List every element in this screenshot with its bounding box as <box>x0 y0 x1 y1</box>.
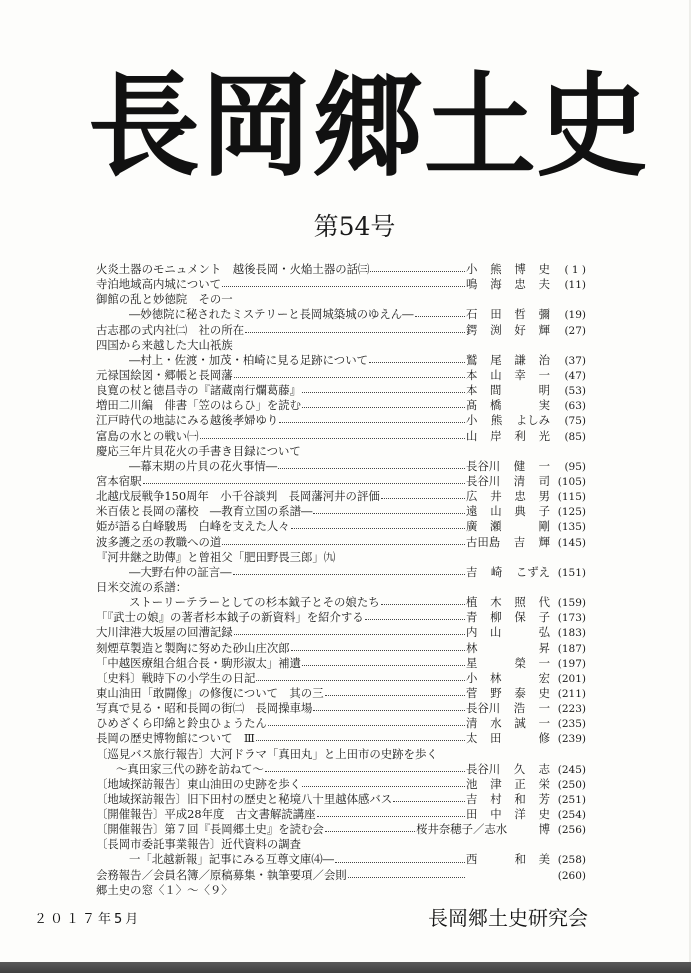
author-char: 西 <box>466 852 477 867</box>
author-char: 石 <box>466 307 477 322</box>
toc-entry-title: 東山油田「敢闘像」の修復について 其の三 <box>96 686 324 701</box>
toc-entry-page: (250) <box>550 778 586 793</box>
toc-entry-title: 〔長岡市委託事業報告〕近代資料の調査 <box>96 837 301 852</box>
author-char: 古田島 <box>466 535 500 550</box>
dot-leader <box>143 483 465 484</box>
author-char: 幸 <box>514 368 525 383</box>
toc-entry-author: 長谷川浩一 <box>466 701 550 716</box>
dot-leader <box>256 740 465 741</box>
dot-leader <box>325 831 415 832</box>
author-char: 子 <box>539 504 550 519</box>
author-char: 野 <box>490 686 501 701</box>
toc-entry-author: 清水誠一 <box>466 716 550 731</box>
toc-entry-title: 一「北越新報」記事にみる互尊文庫⑷― <box>96 852 334 867</box>
author-char: 博 <box>539 822 550 837</box>
dot-leader <box>234 634 465 635</box>
toc-entry-page: (258) <box>550 853 586 868</box>
toc-entry-page: (254) <box>550 808 586 823</box>
author-char: 好 <box>514 323 525 338</box>
toc-entry-page: (187) <box>550 642 586 657</box>
dot-leader <box>268 725 465 726</box>
toc-entry-title: 〔史料〕戦時下の小学生の日記 <box>96 671 255 686</box>
dot-leader <box>381 498 465 499</box>
toc-entry-author: 吉村和芳 <box>466 792 550 807</box>
author-char: 史 <box>539 807 550 822</box>
toc-entry: 火炎土器のモニュメント 越後長岡・火焔土器の話㈢小熊博史( 1 ) <box>96 262 586 277</box>
author-char: 実 <box>539 398 550 413</box>
author-char: 髙 <box>466 398 477 413</box>
toc-entry-author: 鷲尾謙治 <box>466 353 550 368</box>
author-char: 栄 <box>539 777 550 792</box>
author-char: 中 <box>490 807 501 822</box>
author-char: 水 <box>490 716 501 731</box>
dot-leader <box>415 316 465 317</box>
toc-entry-author: 小林宏 <box>466 671 550 686</box>
dot-leader <box>335 862 465 863</box>
author-char: 鳴 <box>466 277 477 292</box>
toc-entry-author: 植木照代 <box>466 595 550 610</box>
author-char: 史 <box>539 262 550 277</box>
toc-entry-author: 菅野泰史 <box>466 686 550 701</box>
author-char: 青 <box>466 610 477 625</box>
author-char: 吉 <box>514 535 525 550</box>
dot-leader <box>256 680 465 681</box>
toc-entry-title: 古志郡の式内社㈡ 社の所在 <box>96 323 244 338</box>
author-char: 男 <box>539 489 550 504</box>
toc-entry-page: (19) <box>550 308 586 323</box>
toc-entry-author: 鳴海忠夫 <box>466 277 550 292</box>
toc-entry: 東山油田「敢闘像」の修復について 其の三菅野泰史(211) <box>96 686 586 701</box>
toc-entry-page: (260) <box>550 869 586 884</box>
author-char <box>514 625 526 640</box>
toc-entry-title: ～真田家三代の跡を訪ねて～ <box>96 762 264 777</box>
toc-entry: 良寛の杖と徳昌寺の『諸蔵南行爛葛藤』本間明(53) <box>96 383 586 398</box>
toc-entry: 四国から来越した大山祇族 <box>96 338 586 353</box>
author-char: 林 <box>466 641 477 656</box>
author-char: 山 <box>490 625 501 640</box>
author-char: 田 <box>490 731 501 746</box>
author-char: 井 <box>490 489 501 504</box>
toc-entry-title: 長岡の歴史博物館について Ⅲ <box>96 731 255 746</box>
author-char: 植 <box>466 595 477 610</box>
author-char: 芳 <box>539 792 550 807</box>
toc-entry-title: 宮本宿駅 <box>96 474 142 489</box>
dot-leader <box>313 710 465 711</box>
toc-entry: 〔史料〕戦時下の小学生の日記小林宏(201) <box>96 671 586 686</box>
dot-leader <box>313 513 465 514</box>
author-char: 田 <box>466 807 477 822</box>
publisher-name: 長岡郷土史研究会 <box>428 902 588 931</box>
toc-entry-author: 青柳保子 <box>466 610 550 625</box>
author-char: 村 <box>490 792 501 807</box>
journal-cover: 長岡郷土史 第54号 火炎土器のモニュメント 越後長岡・火焔土器の話㈢小熊博史(… <box>0 0 691 973</box>
toc-entry-title: 四国から来越した大山祇族 <box>96 338 233 353</box>
toc-entry-page: (85) <box>550 430 586 445</box>
toc-entry-title: 北越戊辰戦争150周年 小千谷談判 長岡藩河井の評価 <box>96 489 380 504</box>
toc-entry-title: 波多護之丞の教職への道 <box>96 535 221 550</box>
author-char: 明 <box>539 383 550 398</box>
toc-entry-author: 本間明 <box>466 383 550 398</box>
toc-entry: 〔巡見バス旅行報告〕大河ドラマ「真田丸」と上田市の史跡を歩く <box>96 747 586 762</box>
dot-leader <box>393 801 465 802</box>
author-char: 一 <box>539 716 550 731</box>
scan-bottom-edge <box>0 962 691 973</box>
author-char: 柳 <box>490 610 501 625</box>
dot-leader <box>381 604 465 605</box>
author-char: 哲 <box>514 307 525 322</box>
author-char: 岸 <box>490 429 501 444</box>
toc-entry-page: (223) <box>550 702 586 717</box>
author-char: 子 <box>539 610 550 625</box>
dot-leader <box>265 771 465 772</box>
author-char: 一 <box>539 701 550 716</box>
toc-entry-title: ―大野右仲の証言― <box>96 565 232 580</box>
toc-entry: 会務報告／会員名簿／原稿募集・執筆要項／会則(260) <box>96 868 586 883</box>
toc-entry: ストーリーテラーとしての杉本鉞子とその娘たち植木照代(159) <box>96 595 586 610</box>
toc-entry-page: (183) <box>550 626 586 641</box>
author-char: 剛 <box>539 519 550 534</box>
author-char: 謙 <box>514 353 525 368</box>
toc-entry-title: 「『武士の娘』の著者杉本鉞子の新資料」を紹介する <box>96 610 364 625</box>
toc-entry-author: 石田哲彌 <box>466 307 550 322</box>
author-char: 一 <box>539 368 550 383</box>
toc-entry-title: ―村上・佐渡・加茂・柏崎に見る足跡について <box>96 353 368 368</box>
author-char <box>490 641 502 656</box>
toc-entry-title: 『河井継之助傳』と曾祖父「肥田野畏三郎」㈨ <box>96 550 335 565</box>
author-char: 熊 <box>491 413 502 428</box>
dot-leader <box>234 377 465 378</box>
toc-entry-author: 林昇 <box>466 641 550 656</box>
toc-entry-title: 〔開催報告〕平成28年度 古文書解読講座 <box>96 807 316 822</box>
toc-entry-title: 刻煙草製造と製陶に努めた砂山庄次郎 <box>96 641 290 656</box>
author-char: 健 <box>514 459 525 474</box>
toc-entry: ―妙徳院に秘されたミステリーと長岡城築城のゆえん―石田哲彌(19) <box>96 307 586 322</box>
toc-entry-page: (125) <box>550 505 586 520</box>
author-char: 光 <box>539 429 550 444</box>
author-char: 一 <box>539 459 550 474</box>
author-char: 長谷川 <box>466 762 500 777</box>
toc-entry-page: (105) <box>550 475 586 490</box>
toc-entry: 一「北越新報」記事にみる互尊文庫⑷―西和美(258) <box>96 852 586 867</box>
author-char: 本 <box>466 368 477 383</box>
author-char <box>514 398 526 413</box>
dot-leader <box>302 786 465 787</box>
toc-entry: 北越戊辰戦争150周年 小千谷談判 長岡藩河井の評価広井忠男(115) <box>96 489 586 504</box>
toc-entry-page: (53) <box>550 384 586 399</box>
toc-entry-title: 姫が語る白峰駿馬 白峰を支えた人々 <box>96 519 290 534</box>
toc-entry-page: (75) <box>550 414 586 429</box>
author-char: 照 <box>514 595 525 610</box>
dot-leader <box>365 619 465 620</box>
toc-entry-author: 池津正栄 <box>466 777 550 792</box>
author-char: こずえ <box>516 565 550 580</box>
toc-entry: ～真田家三代の跡を訪ねて～長谷川久志(245) <box>96 762 586 777</box>
toc-entry: 江戸時代の地誌にみる越後孝婦ゆり小熊よしみ(75) <box>96 413 586 428</box>
author-char: 田 <box>490 307 501 322</box>
toc-entry: 寺泊地域高内城について鳴海忠夫(11) <box>96 277 586 292</box>
toc-entry: 日米交流の系譜： <box>96 580 586 595</box>
toc-entry: 長岡の歴史博物館について Ⅲ太田修(239) <box>96 731 586 746</box>
toc-entry-title: 「中越医療組合組合長・駒形淑太」補遺 <box>96 656 301 671</box>
dot-leader <box>302 665 465 666</box>
dot-leader <box>348 877 465 878</box>
toc-entry-author: 星榮一 <box>466 656 550 671</box>
toc-entry-title: 米百俵と長岡の藩校 ―教育立国の系譜― <box>96 504 312 519</box>
author-char: 史 <box>539 686 550 701</box>
author-char <box>490 656 502 671</box>
author-char: 鍔 <box>466 323 477 338</box>
toc-entry: 姫が語る白峰駿馬 白峰を支えた人々廣瀬剛(135) <box>96 519 586 534</box>
toc-entry-page: (95) <box>550 460 586 475</box>
dot-leader <box>370 271 465 272</box>
issue-number: 第54号 <box>0 212 691 242</box>
author-char: 利 <box>514 429 525 444</box>
dot-leader <box>369 362 465 363</box>
author-char <box>490 852 502 867</box>
author-char: 治 <box>539 353 550 368</box>
author-char: 林 <box>490 671 501 686</box>
author-char: 小 <box>466 262 477 277</box>
toc-entry-page: (27) <box>550 324 586 339</box>
author-char: 吉 <box>466 792 477 807</box>
author-char: 忠 <box>514 489 525 504</box>
author-char: 遠 <box>466 504 477 519</box>
author-char: 海 <box>490 277 501 292</box>
toc-entry-title: 寺泊地域高内城について <box>96 277 221 292</box>
author-char <box>514 731 526 746</box>
author-char: 崎 <box>491 565 502 580</box>
toc-entry-author: 遠山典子 <box>466 504 550 519</box>
author-char: 菅 <box>466 686 477 701</box>
author-char: 山 <box>490 504 501 519</box>
author-char: 橋 <box>490 398 501 413</box>
toc-entry-title: 江戸時代の地誌にみる越後孝婦ゆり <box>96 413 278 428</box>
toc-entry-author: 古田島吉輝 <box>466 535 550 550</box>
author-char <box>514 671 526 686</box>
author-char: 榮 <box>515 656 526 671</box>
dot-leader <box>302 407 465 408</box>
author-char <box>514 641 526 656</box>
author-char: 瀬 <box>490 519 501 534</box>
dot-leader <box>291 528 465 529</box>
toc-entry-title: ―妙徳院に秘されたミステリーと長岡城築城のゆえん― <box>96 307 414 322</box>
toc-entry-page: (256) <box>550 823 586 838</box>
author-char: 志 <box>539 762 550 777</box>
author-char: よしみ <box>516 413 550 428</box>
toc-entry-author: 内山弘 <box>466 625 550 640</box>
author-char: 木 <box>490 595 501 610</box>
toc-entry: 『河井継之助傳』と曾祖父「肥田野畏三郎」㈨ <box>96 550 586 565</box>
toc-entry: 古志郡の式内社㈡ 社の所在鍔渕好輝(27) <box>96 323 586 338</box>
author-char: 山 <box>490 368 501 383</box>
table-of-contents: 火炎土器のモニュメント 越後長岡・火焔土器の話㈢小熊博史( 1 )寺泊地域高内城… <box>96 262 586 898</box>
toc-entry-page: (173) <box>550 611 586 626</box>
toc-entry-title: 〔巡見バス旅行報告〕大河ドラマ「真田丸」と上田市の史跡を歩く <box>96 747 438 762</box>
toc-entry-author: 田中洋史 <box>466 807 550 822</box>
toc-entry-page: (151) <box>550 566 586 581</box>
toc-entry: 大川津港大坂屋の回漕記録内山弘(183) <box>96 625 586 640</box>
dot-leader <box>222 544 465 545</box>
toc-entry: ―村上・佐渡・加茂・柏崎に見る足跡について鷲尾謙治(37) <box>96 353 586 368</box>
dot-leader <box>278 468 465 469</box>
toc-entry-title: 火炎土器のモニュメント 越後長岡・火焔土器の話㈢ <box>96 262 369 277</box>
toc-entry-title: 〔開催報告〕第７回『長岡郷土史』を読む会 <box>96 822 324 837</box>
toc-entry-author: 長谷川久志 <box>466 762 550 777</box>
toc-entry-page: (63) <box>550 399 586 414</box>
dot-leader <box>222 286 465 287</box>
toc-entry: 増田二川編 俳書「笠のはらひ」を読む髙橋実(63) <box>96 398 586 413</box>
toc-entry-author: 本山幸一 <box>466 368 550 383</box>
author-char: 池 <box>466 777 477 792</box>
toc-entry-page: (47) <box>550 369 586 384</box>
dot-leader <box>325 695 465 696</box>
toc-entry-title: 日米交流の系譜： <box>96 580 187 595</box>
toc-entry-author: 長谷川清司 <box>466 474 550 489</box>
toc-entry-author: 鍔渕好輝 <box>466 323 550 338</box>
author-char: 長谷川 <box>466 459 500 474</box>
toc-entry-page: (251) <box>550 793 586 808</box>
author-char: 熊 <box>490 262 501 277</box>
toc-entry: 元禄国絵図・郷帳と長岡藩本山幸一(47) <box>96 368 586 383</box>
author-char: 一 <box>539 656 550 671</box>
author-char: 広 <box>466 489 477 504</box>
author-char: 吉 <box>466 565 477 580</box>
toc-entry-author: 小熊博史 <box>466 262 550 277</box>
toc-entry: 〔開催報告〕第７回『長岡郷土史』を読む会桜井奈穂子／志水 博(256) <box>96 822 586 837</box>
toc-entry-page: (211) <box>550 687 586 702</box>
author-char: 長谷川 <box>466 701 500 716</box>
toc-entry-title: 良寛の杖と徳昌寺の『諸蔵南行爛葛藤』 <box>96 383 301 398</box>
publication-date: ２０１７年5月 <box>34 908 141 927</box>
author-char: 鷲 <box>466 353 477 368</box>
author-char: 小 <box>466 413 477 428</box>
toc-entry: 御館の乱と妙徳院 その一 <box>96 292 586 307</box>
toc-entry: 米百俵と長岡の藩校 ―教育立国の系譜―遠山典子(125) <box>96 504 586 519</box>
toc-entry: 写真で見る・昭和長岡の街㈡ 長岡操車場長谷川浩一(223) <box>96 701 586 716</box>
toc-entry: 〔地域探訪報告〕東山油田の史跡を歩く池津正栄(250) <box>96 777 586 792</box>
author-char: 夫 <box>539 277 550 292</box>
toc-entry: 波多護之丞の教職への道古田島吉輝(145) <box>96 535 586 550</box>
author-char: 保 <box>514 610 525 625</box>
toc-entry: 郷土史の窓〈１〉～〈９〉 <box>96 883 586 898</box>
author-char: 輝 <box>539 535 550 550</box>
toc-entry-title: 元禄国絵図・郷帳と長岡藩 <box>96 368 233 383</box>
toc-entry-page: ( 1 ) <box>550 263 586 278</box>
toc-entry-author: 吉崎こずえ <box>466 565 550 580</box>
toc-entry: 「『武士の娘』の著者杉本鉞子の新資料」を紹介する青柳保子(173) <box>96 610 586 625</box>
author-char: 長谷川 <box>466 474 500 489</box>
author-char: 泰 <box>514 686 525 701</box>
toc-entry-title: ストーリーテラーとしての杉本鉞子とその娘たち <box>96 595 380 610</box>
toc-entry: 宮本宿駅長谷川清司(105) <box>96 474 586 489</box>
toc-entry: 〔長岡市委託事業報告〕近代資料の調査 <box>96 837 586 852</box>
author-char: 内 <box>466 625 477 640</box>
toc-entry-page: (115) <box>550 490 586 505</box>
author-char: 博 <box>514 262 525 277</box>
author-char: 清 <box>514 474 525 489</box>
toc-entry: 慶応三年片貝花火の手書き目録について <box>96 444 586 459</box>
toc-entry: 刻煙草製造と製陶に努めた砂山庄次郎林昇(187) <box>96 641 586 656</box>
dot-leader <box>279 422 465 423</box>
toc-entry-title: 写真で見る・昭和長岡の街㈡ 長岡操車場 <box>96 701 312 716</box>
toc-entry-page: (37) <box>550 354 586 369</box>
dot-leader <box>233 574 465 575</box>
toc-entry-title: ひめざくら印綿と鈴虫ひょうたん <box>96 716 267 731</box>
toc-entry: ―幕末期の片貝の花火事情―長谷川健一(95) <box>96 459 586 474</box>
toc-entry-page: (11) <box>550 278 586 293</box>
author-char: 司 <box>539 474 550 489</box>
author-char: 桜井奈穂子／志水 <box>416 822 519 837</box>
author-char: 尾 <box>490 353 501 368</box>
author-char: 和 <box>515 852 526 867</box>
author-char: 和 <box>514 792 525 807</box>
toc-entry-author: 太田修 <box>466 731 550 746</box>
dot-leader <box>291 650 465 651</box>
toc-entry-page: (145) <box>550 536 586 551</box>
dot-leader <box>200 438 465 439</box>
author-char <box>514 519 526 534</box>
toc-entry-author: 髙橋実 <box>466 398 550 413</box>
author-char: 忠 <box>514 277 525 292</box>
author-char: 誠 <box>514 716 525 731</box>
author-char: 久 <box>514 762 525 777</box>
toc-entry: 富島の水との戦い㈠山岸利光(85) <box>96 429 586 444</box>
author-char: 廣 <box>466 519 477 534</box>
author-char: 本 <box>466 383 477 398</box>
toc-entry-title: 〔地域探訪報告〕旧下田村の歴史と秘境八十里越体感バス <box>96 792 392 807</box>
toc-entry-author: 西和美 <box>466 852 550 867</box>
author-char <box>514 383 526 398</box>
author-char: 星 <box>466 656 477 671</box>
journal-title: 長岡郷土史 <box>88 62 608 192</box>
author-char: 美 <box>539 852 550 867</box>
author-char: 渕 <box>490 323 501 338</box>
toc-entry-title: ―幕末期の片貝の花火事情― <box>96 459 277 474</box>
toc-entry-page: (159) <box>550 596 586 611</box>
author-char: 修 <box>539 731 550 746</box>
toc-entry-author: 山岸利光 <box>466 429 550 444</box>
toc-entry: 〔地域探訪報告〕旧下田村の歴史と秘境八十里越体感バス吉村和芳(251) <box>96 792 586 807</box>
dot-leader <box>245 332 465 333</box>
author-char: 弘 <box>539 625 550 640</box>
toc-entry-title: 会務報告／会員名簿／原稿募集・執筆要項／会則 <box>96 868 347 883</box>
author-char: 代 <box>539 595 550 610</box>
toc-entry-title: 〔地域探訪報告〕東山油田の史跡を歩く <box>96 777 301 792</box>
dot-leader <box>302 392 465 393</box>
toc-entry-page: (235) <box>550 717 586 732</box>
toc-entry-page: (239) <box>550 732 586 747</box>
toc-entry: 〔開催報告〕平成28年度 古文書解読講座田中洋史(254) <box>96 807 586 822</box>
author-char: 宏 <box>539 671 550 686</box>
author-char: 浩 <box>514 701 525 716</box>
toc-entry-page: (135) <box>550 520 586 535</box>
author-char: 山 <box>466 429 477 444</box>
dot-leader <box>317 816 465 817</box>
toc-entry-title: 郷土史の窓〈１〉～〈９〉 <box>96 883 233 898</box>
toc-entry-author: 長谷川健一 <box>466 459 550 474</box>
toc-entry-page: (245) <box>550 763 586 778</box>
author-char: 太 <box>466 731 477 746</box>
toc-entry-author: 廣瀬剛 <box>466 519 550 534</box>
author-char: 昇 <box>539 641 550 656</box>
toc-entry-title: 大川津港大坂屋の回漕記録 <box>96 625 233 640</box>
author-char: 洋 <box>514 807 525 822</box>
toc-entry: ―大野右仲の証言―吉崎こずえ(151) <box>96 565 586 580</box>
toc-entry-page: (197) <box>550 657 586 672</box>
author-char: 清 <box>466 716 477 731</box>
author-char: 典 <box>514 504 525 519</box>
author-char: 小 <box>466 671 477 686</box>
